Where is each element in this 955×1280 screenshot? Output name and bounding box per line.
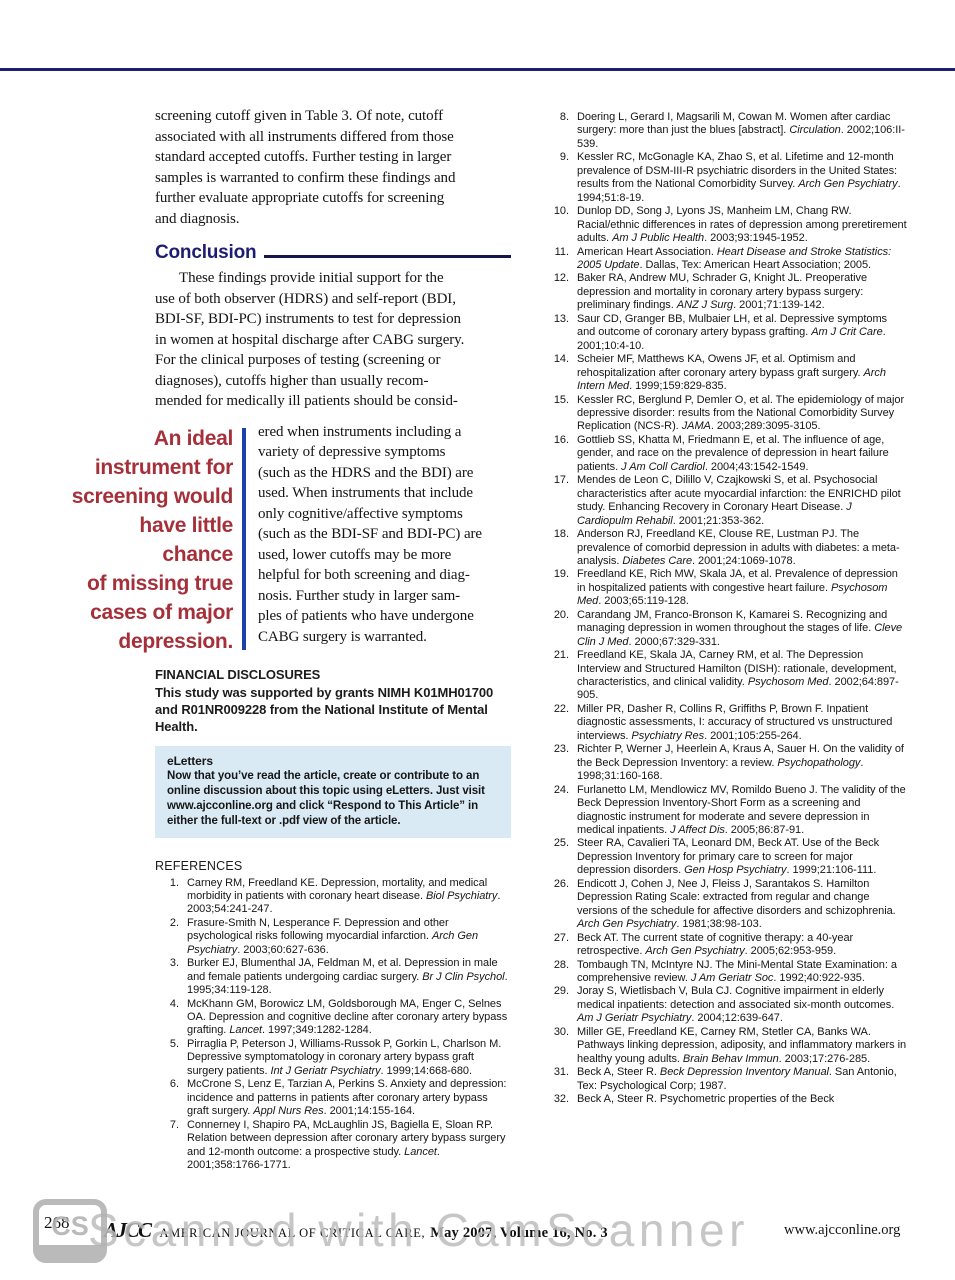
reference-text: Beck A, Steer R. Psychometric properties… [577, 1093, 907, 1106]
reference-text: Beck AT. The current state of cognitive … [577, 932, 907, 959]
reference-number: 21. [545, 649, 577, 703]
reference-item: 11.American Heart Association. Heart Dis… [545, 246, 907, 273]
reference-number: 23. [545, 743, 577, 783]
reference-item: 20.Carandang JM, Franco-Bronson K, Kamar… [545, 609, 907, 649]
reference-item: 26.Endicott J, Cohen J, Nee J, Fleiss J,… [545, 878, 907, 932]
camscanner-icon-letters: CS [51, 1211, 89, 1241]
reference-text: Kessler RC, McGonagle KA, Zhao S, et al.… [577, 151, 907, 205]
reference-number: 11. [545, 246, 577, 273]
reference-text: Pirraglia P, Peterson J, Williams-Russok… [187, 1038, 511, 1078]
reference-item: 15.Kessler RC, Berglund P, Demler O, et … [545, 394, 907, 434]
reference-number: 3. [155, 957, 187, 997]
reference-number: 16. [545, 434, 577, 474]
reference-number: 17. [545, 474, 577, 528]
reference-text: Doering L, Gerard I, Magsarili M, Cowan … [577, 111, 907, 151]
conclusion-heading-rule [264, 255, 511, 258]
reference-number: 32. [545, 1093, 577, 1106]
eletters-box: eLetters Now that you’ve read the articl… [155, 746, 511, 838]
reference-item: 7.Connerney I, Shapiro PA, McLaughlin JS… [155, 1119, 511, 1173]
reference-number: 22. [545, 703, 577, 743]
reference-item: 4.McKhann GM, Borowicz LM, Goldsborough … [155, 998, 511, 1038]
reference-number: 10. [545, 205, 577, 245]
conclusion-heading-row: Conclusion [155, 241, 511, 265]
reference-number: 30. [545, 1026, 577, 1066]
reference-number: 19. [545, 568, 577, 608]
conclusion-paragraph-start: These findings provide initial support f… [155, 268, 511, 412]
financial-disclosures-heading: FINANCIAL DISCLOSURES [155, 666, 511, 683]
pull-quote-divider [242, 428, 246, 650]
reference-text: Mendes de Leon C, Dilillo V, Czajkowski … [577, 474, 907, 528]
reference-number: 20. [545, 609, 577, 649]
reference-number: 14. [545, 353, 577, 393]
reference-number: 29. [545, 985, 577, 1025]
reference-number: 2. [155, 917, 187, 957]
reference-number: 28. [545, 959, 577, 986]
reference-item: 9.Kessler RC, McGonagle KA, Zhao S, et a… [545, 151, 907, 205]
reference-number: 25. [545, 837, 577, 877]
reference-text: Gottlieb SS, Khatta M, Friedmann E, et a… [577, 434, 907, 474]
reference-number: 31. [545, 1066, 577, 1093]
reference-number: 5. [155, 1038, 187, 1078]
conclusion-paragraph-wrapped: ered when instruments including a variet… [258, 422, 511, 656]
reference-text: Miller GE, Freedland KE, Carney RM, Stet… [577, 1026, 907, 1066]
reference-item: 8.Doering L, Gerard I, Magsarili M, Cowa… [545, 111, 907, 151]
reference-item: 3.Burker EJ, Blumenthal JA, Feldman M, e… [155, 957, 511, 997]
reference-number: 15. [545, 394, 577, 434]
reference-number: 12. [545, 272, 577, 312]
reference-item: 31.Beck A, Steer R. Beck Depression Inve… [545, 1066, 907, 1093]
reference-text: McKhann GM, Borowicz LM, Goldsborough MA… [187, 998, 511, 1038]
reference-number: 13. [545, 313, 577, 353]
intro-paragraph: screening cutoff given in Table 3. Of no… [155, 106, 511, 229]
reference-item: 13.Saur CD, Granger BB, Mulbaier LH, et … [545, 313, 907, 353]
reference-number: 1. [155, 877, 187, 917]
reference-item: 19.Freedland KE, Rich MW, Skala JA, et a… [545, 568, 907, 608]
reference-text: Carandang JM, Franco-Bronson K, Kamarei … [577, 609, 907, 649]
reference-number: 6. [155, 1078, 187, 1118]
reference-number: 26. [545, 878, 577, 932]
reference-item: 10.Dunlop DD, Song J, Lyons JS, Manheim … [545, 205, 907, 245]
reference-text: Kessler RC, Berglund P, Demler O, et al.… [577, 394, 907, 434]
eletters-heading: eLetters [167, 754, 499, 769]
reference-text: Scheier MF, Matthews KA, Owens JF, et al… [577, 353, 907, 393]
conclusion-heading: Conclusion [155, 242, 256, 264]
reference-text: Miller PR, Dasher R, Collins R, Griffith… [577, 703, 907, 743]
reference-number: 18. [545, 528, 577, 568]
reference-text: Endicott J, Cohen J, Nee J, Fleiss J, Sa… [577, 878, 907, 932]
financial-disclosures-body: This study was supported by grants NIMH … [155, 684, 511, 735]
reference-number: 24. [545, 784, 577, 838]
reference-item: 14.Scheier MF, Matthews KA, Owens JF, et… [545, 353, 907, 393]
reference-item: 17.Mendes de Leon C, Dilillo V, Czajkows… [545, 474, 907, 528]
reference-item: 32.Beck A, Steer R. Psychometric propert… [545, 1093, 907, 1106]
reference-item: 21.Freedland KE, Skala JA, Carney RM, et… [545, 649, 907, 703]
reference-item: 5.Pirraglia P, Peterson J, Williams-Russ… [155, 1038, 511, 1078]
reference-text: Richter P, Werner J, Heerlein A, Kraus A… [577, 743, 907, 783]
reference-text: Baker RA, Andrew MU, Schrader G, Knight … [577, 272, 907, 312]
reference-text: Frasure-Smith N, Lesperance F. Depressio… [187, 917, 511, 957]
reference-text: Beck A, Steer R. Beck Depression Invento… [577, 1066, 907, 1093]
reference-text: American Heart Association. Heart Diseas… [577, 246, 907, 273]
pull-quote-row: An ideal instrument for screening would … [65, 422, 511, 656]
reference-text: Saur CD, Granger BB, Mulbaier LH, et al.… [577, 313, 907, 353]
reference-text: Burker EJ, Blumenthal JA, Feldman M, et … [187, 957, 511, 997]
camscanner-icon: CS [33, 1199, 107, 1268]
references-heading: REFERENCES [155, 859, 511, 873]
reference-text: Steer RA, Cavalieri TA, Leonard DM, Beck… [577, 837, 907, 877]
right-column: 8.Doering L, Gerard I, Magsarili M, Cowa… [545, 107, 907, 1107]
reference-text: Joray S, Wietlisbach V, Bula CJ. Cogniti… [577, 985, 907, 1025]
reference-text: Carney RM, Freedland KE. Depression, mor… [187, 877, 511, 917]
reference-item: 30.Miller GE, Freedland KE, Carney RM, S… [545, 1026, 907, 1066]
reference-text: McCrone S, Lenz E, Tarzian A, Perkins S.… [187, 1078, 511, 1118]
financial-disclosures: FINANCIAL DISCLOSURES This study was sup… [155, 666, 511, 735]
pull-quote: An ideal instrument for screening would … [65, 422, 233, 656]
reference-item: 27.Beck AT. The current state of cogniti… [545, 932, 907, 959]
reference-item: 2.Frasure-Smith N, Lesperance F. Depress… [155, 917, 511, 957]
reference-item: 29.Joray S, Wietlisbach V, Bula CJ. Cogn… [545, 985, 907, 1025]
left-column: screening cutoff given in Table 3. Of no… [155, 70, 511, 1172]
reference-item: 25.Steer RA, Cavalieri TA, Leonard DM, B… [545, 837, 907, 877]
references-column-2: 8.Doering L, Gerard I, Magsarili M, Cowa… [545, 111, 907, 1107]
camscanner-watermark-text: Scanned with CamScanner [88, 1203, 749, 1257]
reference-item: 22.Miller PR, Dasher R, Collins R, Griff… [545, 703, 907, 743]
reference-number: 7. [155, 1119, 187, 1173]
reference-text: Freedland KE, Rich MW, Skala JA, et al. … [577, 568, 907, 608]
reference-item: 16.Gottlieb SS, Khatta M, Friedmann E, e… [545, 434, 907, 474]
reference-number: 27. [545, 932, 577, 959]
reference-item: 24.Furlanetto LM, Mendlowicz MV, Romildo… [545, 784, 907, 838]
reference-text: Furlanetto LM, Mendlowicz MV, Romildo Bu… [577, 784, 907, 838]
references-column-1: 1.Carney RM, Freedland KE. Depression, m… [155, 877, 511, 1173]
reference-item: 18.Anderson RJ, Freedland KE, Clouse RE,… [545, 528, 907, 568]
reference-text: Anderson RJ, Freedland KE, Clouse RE, Lu… [577, 528, 907, 568]
reference-item: 28.Tombaugh TN, McIntyre NJ. The Mini-Me… [545, 959, 907, 986]
reference-number: 4. [155, 998, 187, 1038]
reference-number: 8. [545, 111, 577, 151]
reference-item: 12.Baker RA, Andrew MU, Schrader G, Knig… [545, 272, 907, 312]
journal-page: screening cutoff given in Table 3. Of no… [0, 0, 955, 1280]
reference-item: 23.Richter P, Werner J, Heerlein A, Krau… [545, 743, 907, 783]
reference-text: Freedland KE, Skala JA, Carney RM, et al… [577, 649, 907, 703]
reference-item: 6.McCrone S, Lenz E, Tarzian A, Perkins … [155, 1078, 511, 1118]
reference-text: Tombaugh TN, McIntyre NJ. The Mini-Menta… [577, 959, 907, 986]
reference-number: 9. [545, 151, 577, 205]
eletters-body: Now that you’ve read the article, create… [167, 769, 499, 829]
reference-text: Connerney I, Shapiro PA, McLaughlin JS, … [187, 1119, 511, 1173]
reference-item: 1.Carney RM, Freedland KE. Depression, m… [155, 877, 511, 917]
reference-text: Dunlop DD, Song J, Lyons JS, Manheim LM,… [577, 205, 907, 245]
footer-website: www.ajcconline.org [784, 1222, 900, 1239]
